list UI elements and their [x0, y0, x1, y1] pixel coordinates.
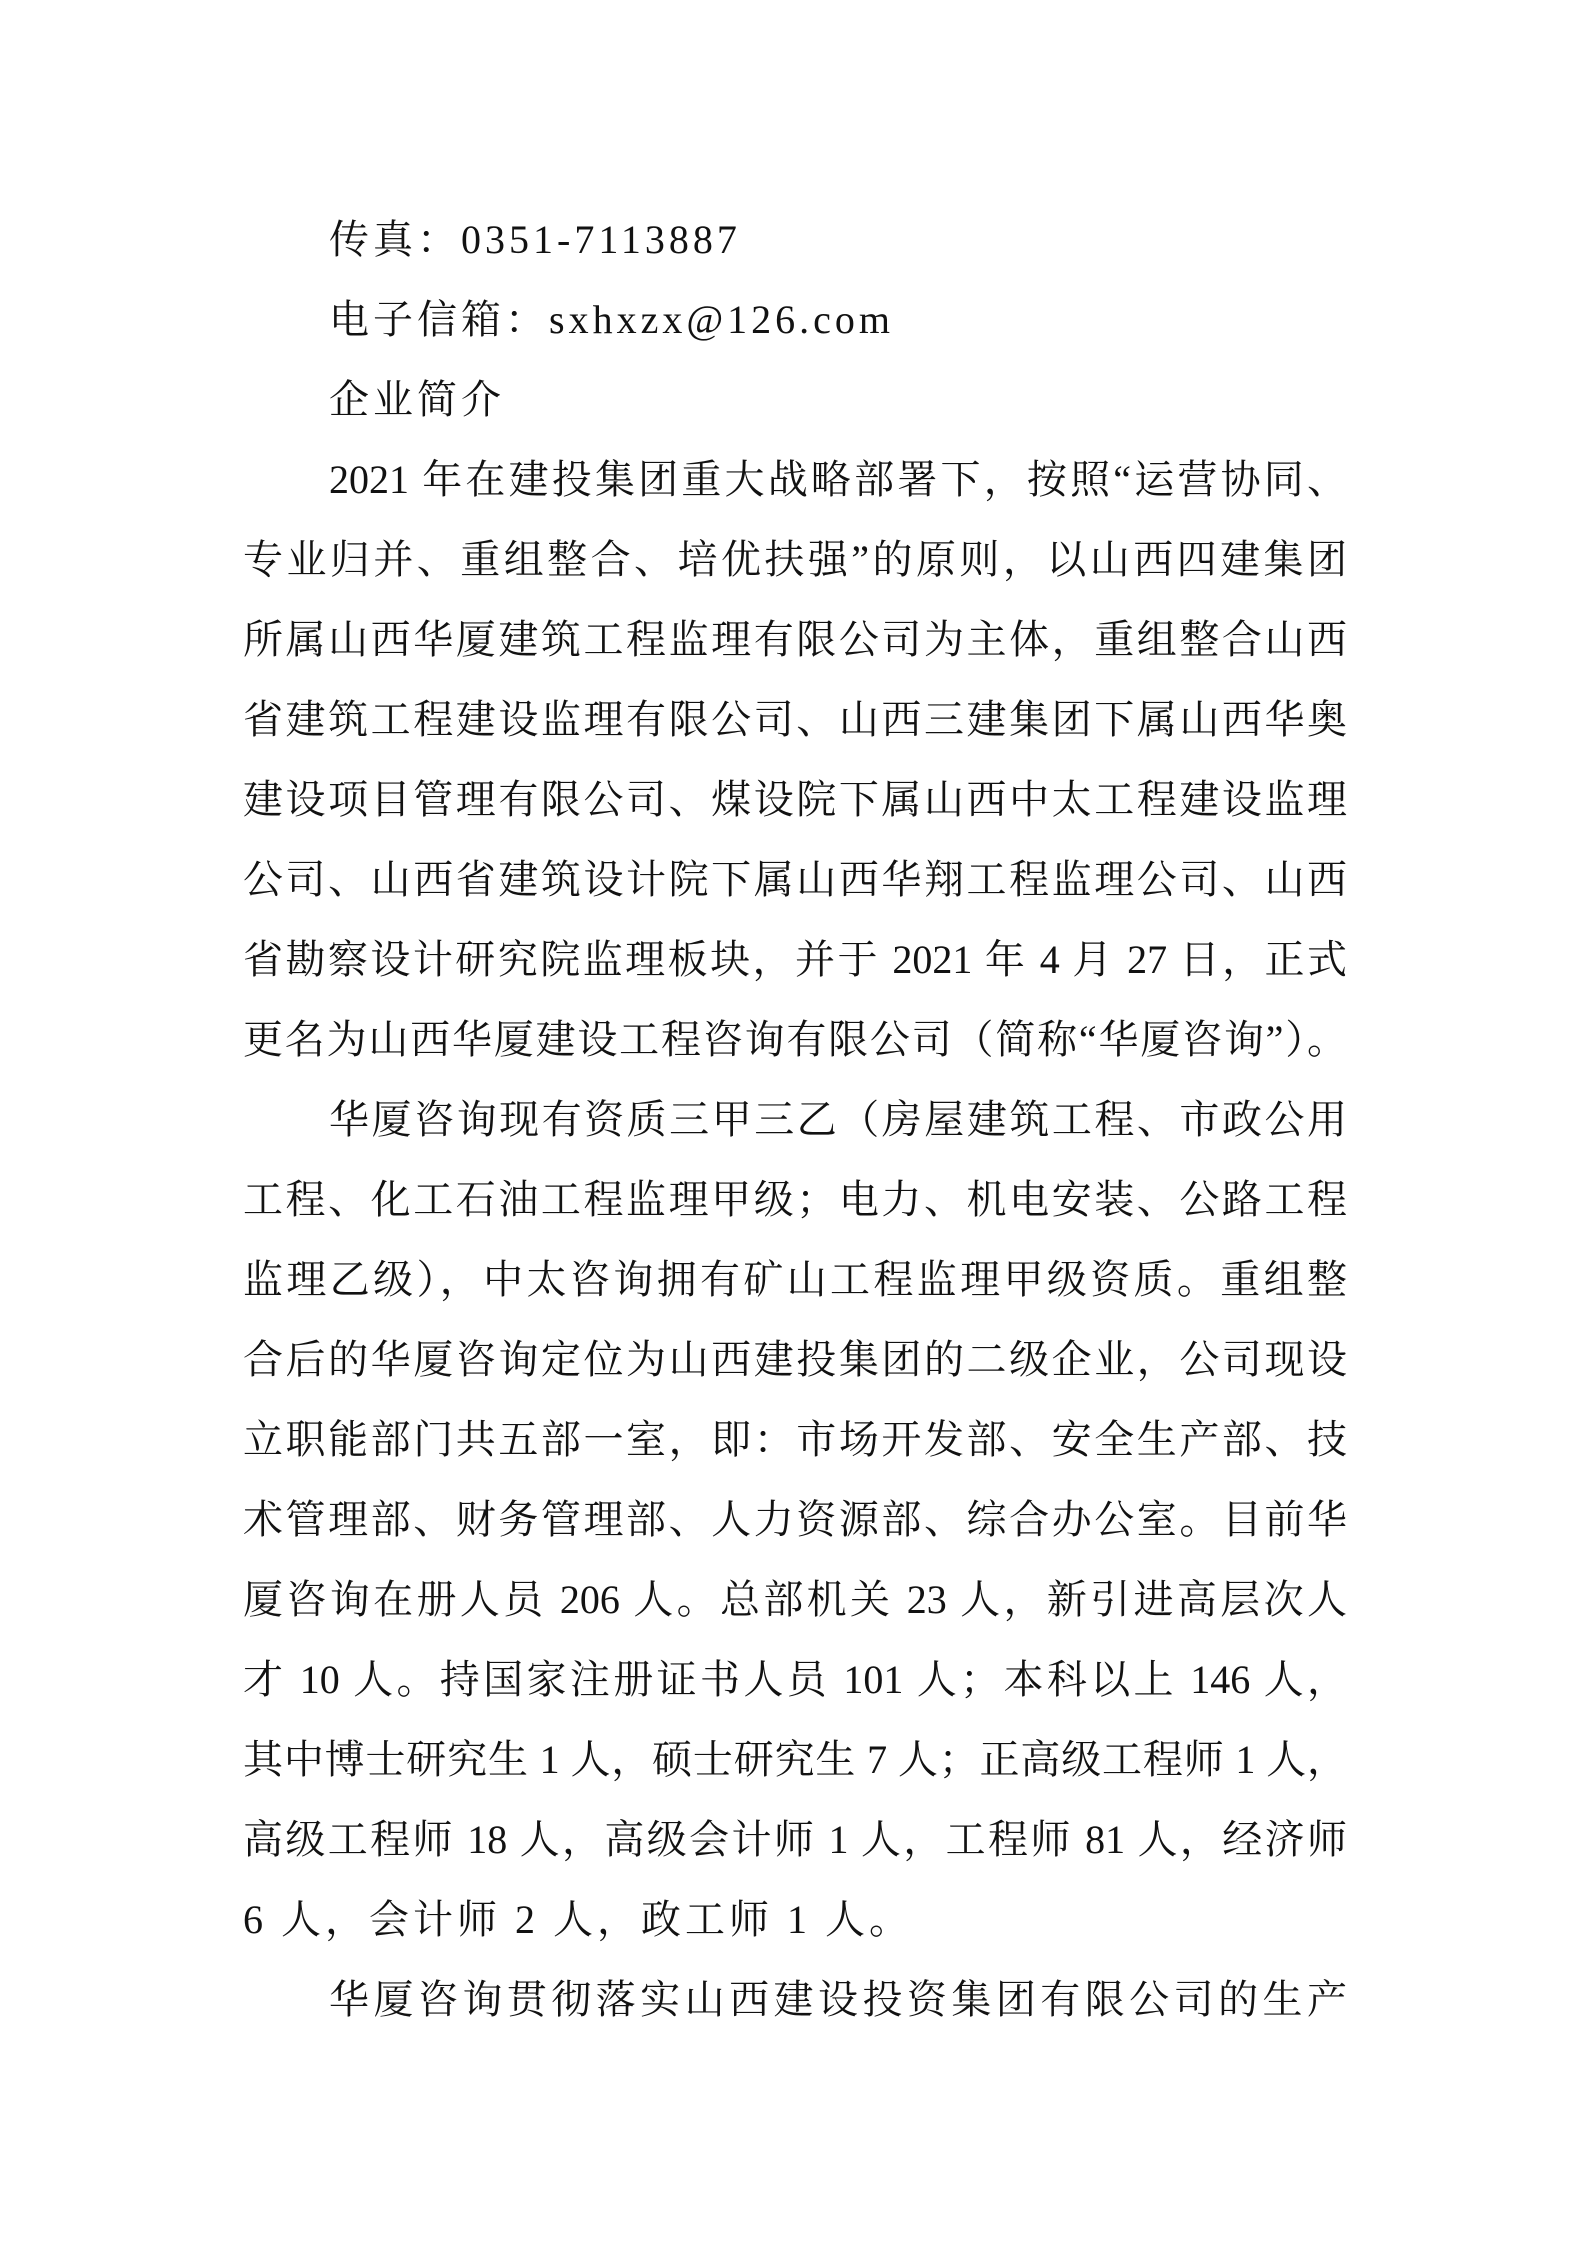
paragraph-line: 公司、山西省建筑设计院下属山西华翔工程监理公司、山西 — [243, 840, 1347, 920]
paragraph-line: 其中博士研究生 1 人，硕士研究生 7 人；正高级工程师 1 人， — [243, 1720, 1347, 1800]
email-address: sxhxzx@126.com — [549, 297, 894, 342]
paragraph-line: 更名为山西华厦建设工程咨询有限公司（简称“华厦咨询”）。 — [243, 1000, 1347, 1080]
paragraph-line: 立职能部门共五部一室，即：市场开发部、安全生产部、技 — [243, 1400, 1347, 1480]
fax-value: 0351-7113887 — [461, 217, 741, 262]
document-body: 传真：0351-7113887 电子信箱：sxhxzx@126.com 企业简介… — [243, 200, 1347, 2040]
fax-label: 传真： — [329, 217, 461, 262]
fax-line: 传真：0351-7113887 — [243, 200, 1347, 280]
paragraph-line: 所属山西华厦建筑工程监理有限公司为主体，重组整合山西 — [243, 600, 1347, 680]
paragraph-line: 6 人，会计师 2 人，政工师 1 人。 — [243, 1880, 1347, 1960]
section-title: 企业简介 — [243, 360, 1347, 440]
paragraph-line: 华厦咨询现有资质三甲三乙（房屋建筑工程、市政公用 — [243, 1080, 1347, 1160]
paragraph-line: 省建筑工程建设监理有限公司、山西三建集团下属山西华奥 — [243, 680, 1347, 760]
paragraph-line: 建设项目管理有限公司、煤设院下属山西中太工程建设监理 — [243, 760, 1347, 840]
paragraph-line: 华厦咨询贯彻落实山西建设投资集团有限公司的生产 — [243, 1960, 1347, 2040]
paragraph-line: 合后的华厦咨询定位为山西建投集团的二级企业，公司现设 — [243, 1320, 1347, 1400]
document-page: 传真：0351-7113887 电子信箱：sxhxzx@126.com 企业简介… — [0, 0, 1587, 2245]
paragraph-line: 才 10 人。持国家注册证书人员 101 人；本科以上 146 人， — [243, 1640, 1347, 1720]
paragraph-line: 术管理部、财务管理部、人力资源部、综合办公室。目前华 — [243, 1480, 1347, 1560]
email-label: 电子信箱： — [329, 297, 549, 342]
paragraph-line: 2021 年在建投集团重大战略部署下，按照“运营协同、 — [243, 440, 1347, 520]
paragraph-line: 监理乙级），中太咨询拥有矿山工程监理甲级资质。重组整 — [243, 1240, 1347, 1320]
paragraph-line: 工程、化工石油工程监理甲级；电力、机电安装、公路工程 — [243, 1160, 1347, 1240]
paragraph-line: 高级工程师 18 人，高级会计师 1 人，工程师 81 人，经济师 — [243, 1800, 1347, 1880]
paragraph-line: 厦咨询在册人员 206 人。总部机关 23 人，新引进高层次人 — [243, 1560, 1347, 1640]
paragraph-line: 专业归并、重组整合、培优扶强”的原则，以山西四建集团 — [243, 520, 1347, 600]
paragraph-line: 省勘察设计研究院监理板块，并于 2021 年 4 月 27 日，正式 — [243, 920, 1347, 1000]
email-line: 电子信箱：sxhxzx@126.com — [243, 280, 1347, 360]
